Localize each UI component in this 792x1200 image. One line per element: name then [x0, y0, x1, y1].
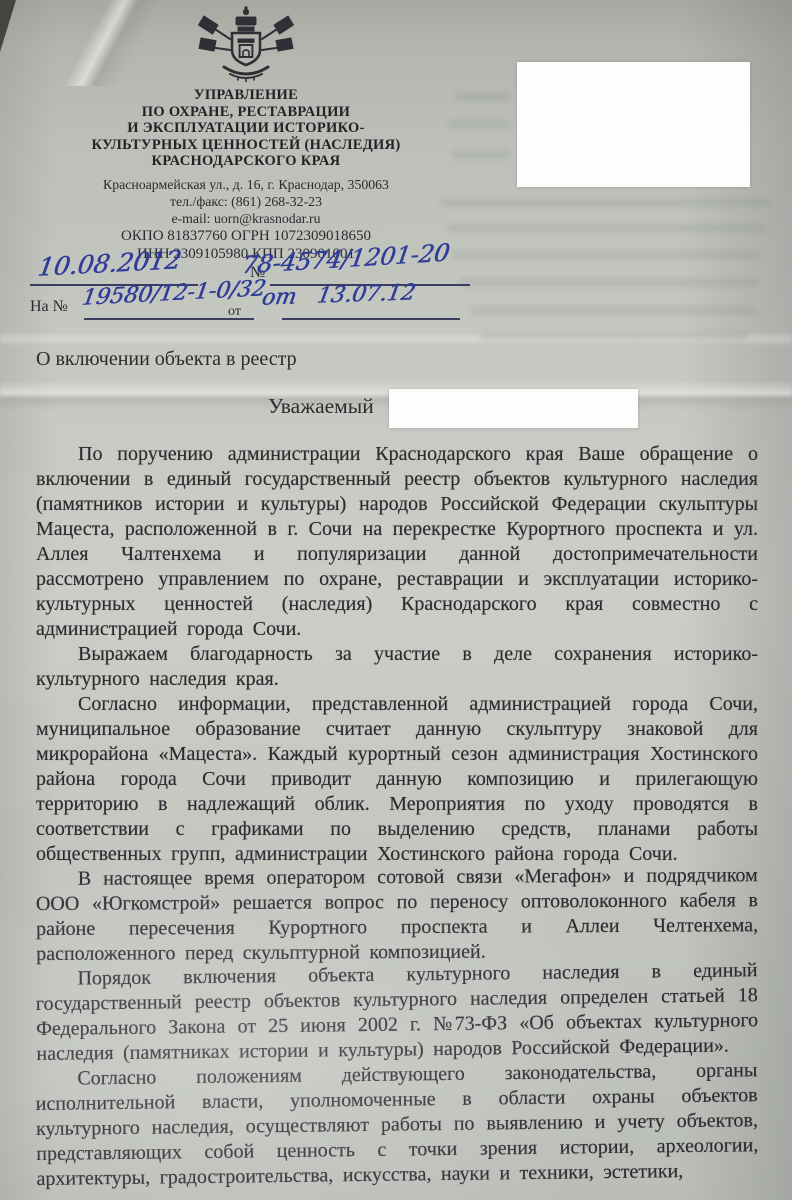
reply-date-underline [282, 318, 460, 320]
letterhead: УПРАВЛЕНИЕ ПО ОХРАНЕ, РЕСТАВРАЦИИ И ЭКСП… [28, 6, 464, 263]
body-paragraph: Выражаем благодарность за участие в деле… [36, 642, 758, 692]
body-paragraph: Согласно положениям действующего законод… [35, 1058, 758, 1192]
body-paragraph: В настоящее время оператором сотовой свя… [36, 863, 759, 967]
body-paragraph: Согласно информации, представленной адми… [36, 692, 758, 867]
org-name: УПРАВЛЕНИЕ ПО ОХРАНЕ, РЕСТАВРАЦИИ И ЭКСП… [28, 87, 464, 170]
page-corner-shadow [0, 0, 16, 52]
bleed-through-mark [448, 224, 766, 233]
body-paragraph: Порядок включения объекта культурного на… [35, 958, 758, 1067]
bleed-through-mark [470, 306, 756, 315]
salutation: Уважаемый [268, 394, 374, 419]
org-name-line: КУЛЬТУРНЫХ ЦЕННОСТЕЙ (НАСЛЕДИЯ) [28, 137, 464, 154]
body-paragraph: По поручению администрации Краснодарског… [36, 442, 758, 642]
org-name-line: УПРАВЛЕНИЕ [28, 87, 464, 104]
subject-line: О включении объекта в реестр [36, 348, 297, 371]
reply-label: На № [30, 298, 68, 316]
letter-body: По поручению администрации Краснодарског… [36, 442, 758, 1192]
bleed-through-mark [460, 278, 758, 287]
coat-of-arms-icon [28, 6, 464, 82]
org-address: Красноармейская ул., д. 16, г. Краснодар… [28, 176, 464, 193]
from-label: от [228, 304, 241, 320]
redaction-box-addressee [517, 62, 750, 187]
org-email: e-mail: uorn@krasnodar.ru [28, 210, 464, 227]
redaction-box-name [389, 389, 638, 428]
bleed-through-mark [480, 332, 748, 341]
reply-ref-line: На № от 19580/12-1-0/32 от 13.07.12 [30, 292, 480, 322]
bleed-through-mark [440, 198, 770, 207]
org-name-line: КРАСНОДАРСКОГО КРАЯ [28, 153, 464, 170]
scanned-letter-page: УПРАВЛЕНИЕ ПО ОХРАНЕ, РЕСТАВРАЦИИ И ЭКСП… [0, 0, 792, 1200]
bleed-through-mark [452, 250, 760, 259]
org-contacts: Красноармейская ул., д. 16, г. Краснодар… [28, 176, 464, 227]
org-phone: тел./факс: (861) 268-32-23 [28, 193, 464, 210]
handwritten-reply-date: от 13.07.12 [260, 280, 417, 311]
org-name-line: ПО ОХРАНЕ, РЕСТАВРАЦИИ [28, 104, 464, 121]
org-name-line: И ЭКСПЛУАТАЦИИ ИСТОРИКО- [28, 120, 464, 137]
